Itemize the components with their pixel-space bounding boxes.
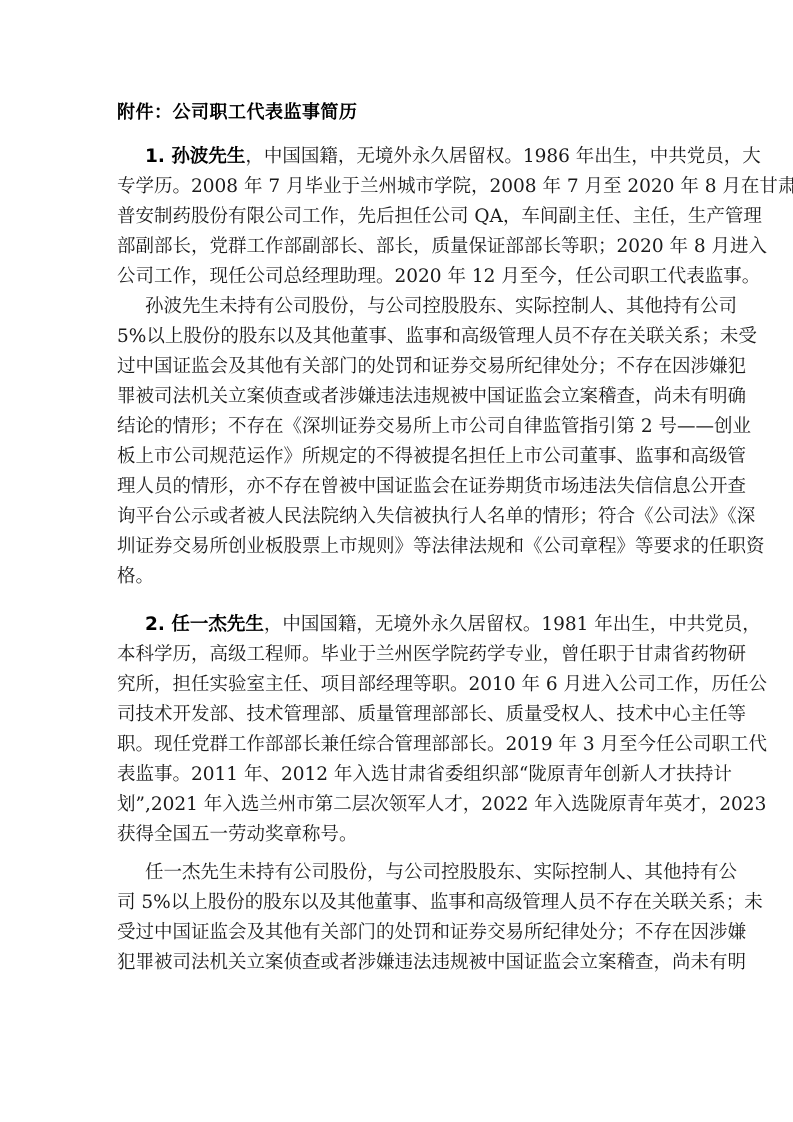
- bio-line: 究所，担任实验室主任、项目部经理等职。2010 年 6 月进入公司工作，历任公: [117, 670, 691, 700]
- bio-line: 部副部长，党群工作部副部长、部长，质量保证部部长等职；2020 年 8 月进入: [117, 232, 691, 262]
- bio-line: 司技术开发部、技术管理部、质量管理部部长、质量受权人、技术中心主任等: [117, 700, 691, 730]
- compliance-line: 结论的情形；不存在《深圳证券交易所上市公司自律监管指引第 2 号——创业: [117, 412, 691, 442]
- compliance-line: 任一杰先生未持有公司股份，与公司控股股东、实际控制人、其他持有公: [145, 858, 691, 888]
- bio-line: 获得全国五一劳动奖章称号。: [117, 820, 691, 850]
- compliance-line: 圳证券交易所创业板股票上市规则》等法律法规和《公司章程》等要求的任职资: [117, 532, 691, 562]
- person-name: 2. 任一杰先生: [145, 614, 264, 635]
- bio-line: 本科学历，高级工程师。毕业于兰州医学院药学专业，曾任职于甘肃省药物研: [117, 640, 691, 670]
- bio-line: 专学历。2008 年 7 月毕业于兰州城市学院，2008 年 7 月至 2020…: [117, 172, 691, 202]
- bio-line: 公司工作，现任公司总经理助理。2020 年 12 月至今，任公司职工代表监事。: [117, 262, 691, 292]
- bio-line: 表监事。2011 年、2012 年入选甘肃省委组织部“陇原青年创新人才扶持计: [117, 760, 691, 790]
- compliance-line: 询平台公示或者被人民法院纳入失信被执行人名单的情形；符合《公司法》《深: [117, 502, 691, 532]
- compliance-line: 过中国证监会及其他有关部门的处罚和证券交易所纪律处分；不存在因涉嫌犯: [117, 352, 691, 382]
- compliance-line: 板上市公司规范运作》所规定的不得被提名担任上市公司董事、监事和高级管: [117, 442, 691, 472]
- compliance-line: 格。: [117, 562, 691, 592]
- bio-line: 普安制药股份有限公司工作，先后担任公司 QA，车间副主任、主任，生产管理: [117, 202, 691, 232]
- compliance-line: 犯罪被司法机关立案侦查或者涉嫌违法违规被中国证监会立案稽查，尚未有明: [117, 948, 691, 978]
- bio-line: 划”,2021 年入选兰州市第二层次领军人才，2022 年入选陇原青年英才，20…: [117, 790, 691, 820]
- bio-line: 1. 孙波先生，中国国籍，无境外永久居留权。1986 年出生，中共党员，大: [145, 142, 691, 172]
- compliance-line: 罪被司法机关立案侦查或者涉嫌违法违规被中国证监会立案稽查，尚未有明确: [117, 382, 691, 412]
- document-page: 附件：公司职工代表监事简历 1. 孙波先生，中国国籍，无境外永久居留权。1986…: [0, 0, 793, 1122]
- compliance-line: 受过中国证监会及其他有关部门的处罚和证券交易所纪律处分；不存在因涉嫌: [117, 918, 691, 948]
- compliance-line: 司 5%以上股份的股东以及其他董事、监事和高级管理人员不存在关联关系；未: [117, 888, 691, 918]
- page-title: 附件：公司职工代表监事简历: [117, 98, 358, 124]
- person-name: 1. 孙波先生: [145, 146, 245, 167]
- bio-line: 职。现任党群工作部部长兼任综合管理部部长。2019 年 3 月至今任公司职工代: [117, 730, 691, 760]
- compliance-line: 5%以上股份的股东以及其他董事、监事和高级管理人员不存在关联关系；未受: [117, 322, 691, 352]
- compliance-line: 孙波先生未持有公司股份，与公司控股股东、实际控制人、其他持有公司: [145, 292, 691, 322]
- bio-line: 2. 任一杰先生，中国国籍，无境外永久居留权。1981 年出生，中共党员，: [145, 610, 691, 640]
- compliance-line: 理人员的情形，亦不存在曾被中国证监会在证券期货市场违法失信信息公开查: [117, 472, 691, 502]
